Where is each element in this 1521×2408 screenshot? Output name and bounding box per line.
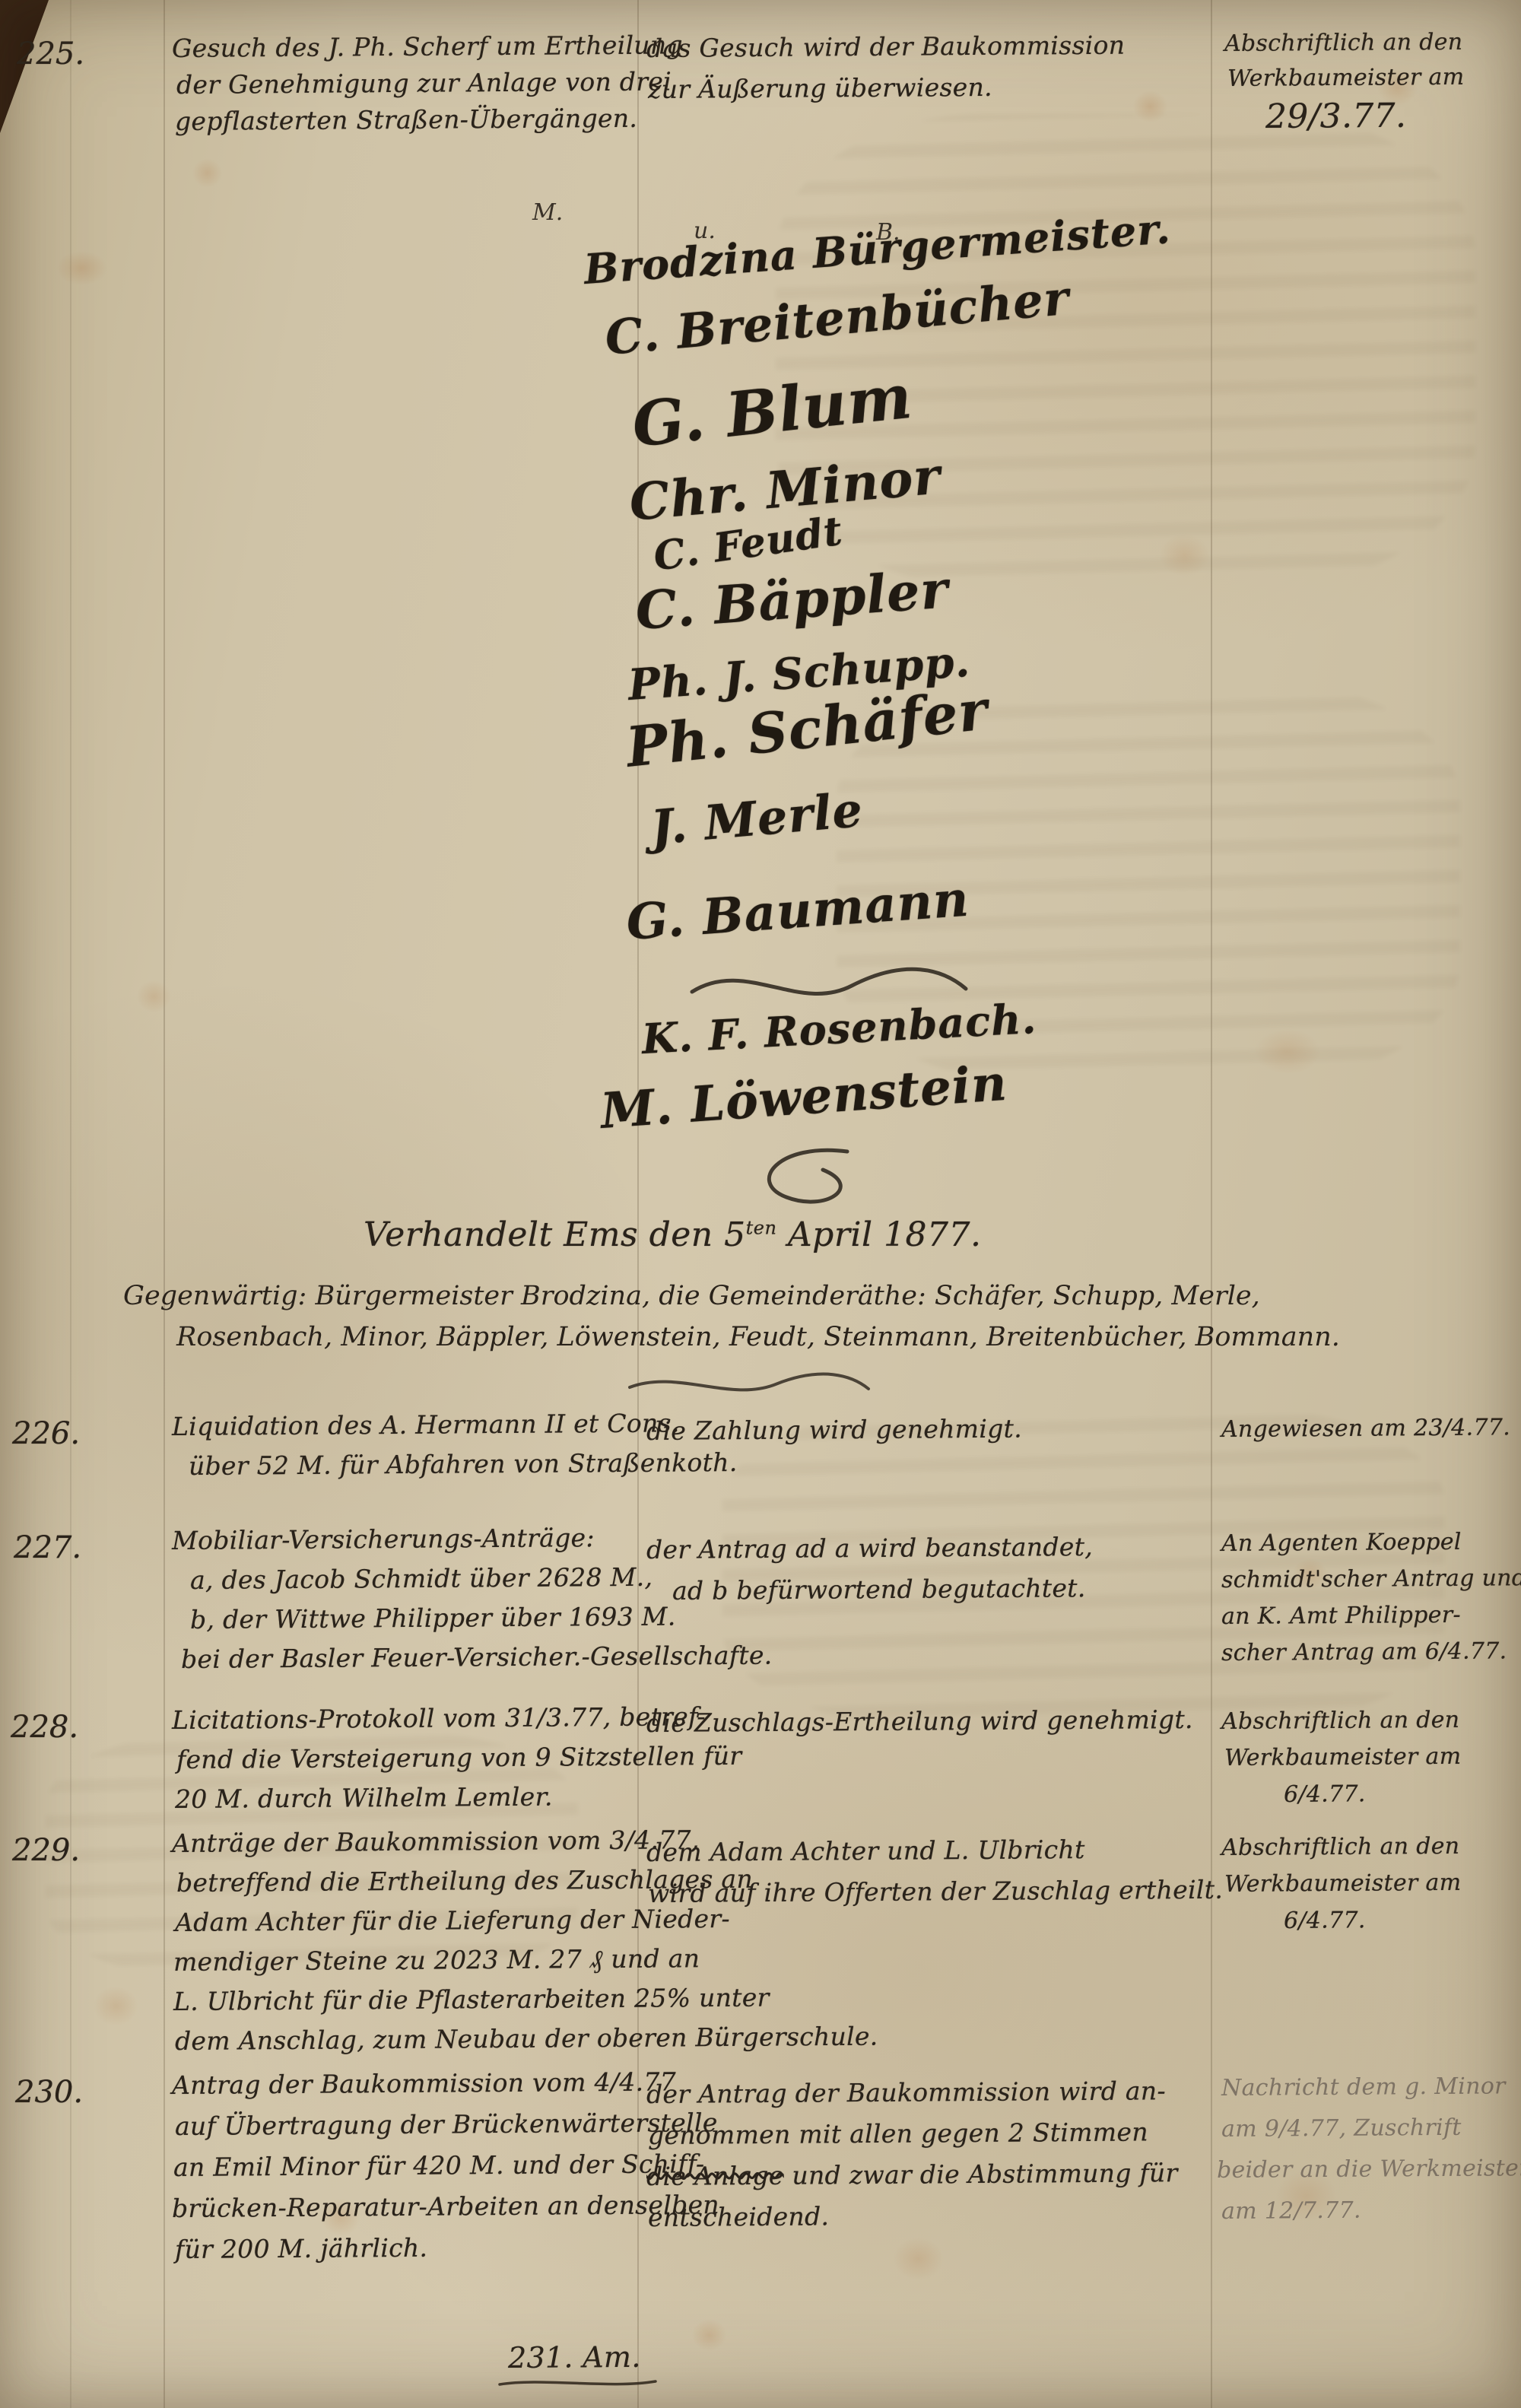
decision-line: entscheidend. bbox=[648, 2201, 830, 2232]
subject-line: Gesuch des J. Ph. Scherf um Ertheilung bbox=[172, 30, 683, 63]
entry-number: 229. bbox=[12, 1833, 80, 1868]
decision-line: zur Äußerung überwiesen. bbox=[648, 72, 992, 104]
note-line: am 12/7.77. bbox=[1221, 2197, 1361, 2225]
subject-line: dem Anschlag, zum Neubau der oberen Bürg… bbox=[175, 2022, 878, 2056]
stain bbox=[129, 974, 179, 1019]
note-line: Abschriftlich an den bbox=[1221, 1707, 1460, 1735]
ink-bleedthrough bbox=[776, 114, 1475, 586]
number-column-rule bbox=[164, 0, 165, 2408]
stain bbox=[186, 152, 228, 194]
entry-number: 225. bbox=[17, 37, 84, 71]
subject-line: a, des Jacob Schmidt über 2628 M., bbox=[190, 1562, 653, 1595]
decision-line: der Antrag der Baukommission wird an- bbox=[646, 2076, 1166, 2109]
note-line: Werkbaumeister am bbox=[1224, 1870, 1462, 1898]
subject-line: mendiger Steine zu 2023 M. 27 ₰ und an bbox=[173, 1943, 700, 1978]
decision-line: ad b befürwortend begutachtet. bbox=[672, 1573, 1086, 1606]
subject-line: Liquidation des A. Hermann II et Cons. bbox=[172, 1408, 680, 1441]
stain bbox=[1148, 525, 1221, 586]
decision-line: wird auf ihre Offerten der Zuschlag erth… bbox=[648, 1875, 1223, 1908]
signature: J. Merle bbox=[649, 782, 865, 856]
subject-line: der Genehmigung zur Anlage von drei bbox=[176, 66, 672, 100]
stain bbox=[882, 2229, 954, 2289]
catchword-underline bbox=[496, 2376, 659, 2391]
note-line: Angewiesen am 23/4.77. bbox=[1221, 1414, 1510, 1443]
stain bbox=[1240, 1019, 1335, 1084]
subject-line: gepflasterten Straßen-Übergängen. bbox=[175, 103, 637, 136]
entry-number: 228. bbox=[11, 1710, 78, 1745]
stain bbox=[1126, 84, 1175, 129]
attendance-flourish bbox=[624, 1364, 875, 1407]
attendance-line: Rosenbach, Minor, Bäppler, Löwenstein, F… bbox=[176, 1322, 1340, 1352]
subject-line: b, der Wittwe Philipper über 1693 M. bbox=[190, 1602, 676, 1634]
subject-line: Antrag der Baukommission vom 4/4.77 bbox=[172, 2066, 676, 2100]
decision-line: die Zahlung wird genehmigt. bbox=[646, 1414, 1022, 1446]
subject-line: für 200 M. jährlich. bbox=[175, 2233, 428, 2264]
subject-line: 20 M. durch Wilhelm Lemler. bbox=[175, 1782, 553, 1814]
decision-line: genommen mit allen gegen 2 Stimmen bbox=[648, 2117, 1148, 2150]
entry-number: 230. bbox=[15, 2075, 83, 2110]
decision-line: der Antrag ad a wird beanstandet, bbox=[646, 1532, 1093, 1565]
decision-line: die Anlage und zwar die Abstimmung für bbox=[646, 2158, 1178, 2191]
subject-line: fend die Versteigerung von 9 Sitzstellen… bbox=[176, 1741, 742, 1774]
note-line: am 9/4.77, Zuschrift bbox=[1221, 2114, 1462, 2143]
subject-line: L. Ulbricht für die Pflasterarbeiten 25%… bbox=[173, 1983, 770, 2016]
note-line: Abschriftlich an den bbox=[1221, 1833, 1460, 1861]
signature: Brodzina Bürgermeister. bbox=[583, 204, 1173, 294]
note-line: Werkbaumeister am bbox=[1224, 1743, 1462, 1771]
signature-flourish bbox=[733, 1142, 885, 1218]
note-date: 6/4.77. bbox=[1284, 1781, 1366, 1808]
note-date: 6/4.77. bbox=[1284, 1907, 1366, 1934]
stain bbox=[684, 2312, 734, 2358]
session-heading: Verhandelt Ems den 5ten April 1877. bbox=[364, 1215, 981, 1254]
attendance-line: Gegenwärtig: Bürgermeister Brodzina, die… bbox=[123, 1281, 1260, 1311]
decision-line: das Gesuch wird der Baukommission bbox=[646, 30, 1126, 63]
signature: M. Löwenstein bbox=[599, 1055, 1009, 1140]
note-line: scher Antrag am 6/4.77. bbox=[1221, 1638, 1507, 1666]
subject-line: Mobiliar-Versicherungs-Anträge: bbox=[172, 1523, 595, 1555]
note-line: Werkbaumeister am bbox=[1227, 64, 1465, 92]
page-edge-rule bbox=[70, 0, 71, 2408]
subject-line: auf Übertragung der Brückenwärterstelle bbox=[175, 2108, 718, 2141]
ledger-page: 225. Gesuch des J. Ph. Scherf um Ertheil… bbox=[0, 0, 1521, 2408]
subject-line: bei der Basler Feuer-Versicher.-Gesellsc… bbox=[181, 1641, 773, 1674]
subject-line: brücken-Reparatur-Arbeiten an denselben bbox=[172, 2190, 719, 2223]
note-line: Abschriftlich an den bbox=[1224, 29, 1463, 57]
stain bbox=[84, 1978, 148, 2035]
subject-line: Anträge der Baukommission vom 3/4.77, bbox=[172, 1825, 700, 1858]
note-column-rule bbox=[1211, 0, 1212, 2408]
entry-number: 226. bbox=[12, 1416, 80, 1451]
note-line: beider an die Werkmeister bbox=[1217, 2155, 1521, 2184]
entry-number: 227. bbox=[14, 1530, 81, 1565]
attestation-mark: M. bbox=[532, 199, 563, 226]
signature: G. Baumann bbox=[624, 871, 970, 951]
subject-line: Adam Achter für die Lieferung der Nieder… bbox=[175, 1904, 730, 1937]
subject-line: Licitations-Protokoll vom 31/3.77, betre… bbox=[172, 1701, 706, 1735]
note-line: schmidt'scher Antrag und bbox=[1221, 1565, 1521, 1593]
note-line: An Agenten Koeppel bbox=[1221, 1529, 1462, 1557]
note-line: Nachricht dem g. Minor bbox=[1221, 2073, 1506, 2101]
signature: K. F. Rosenbach. bbox=[640, 994, 1037, 1063]
decision-line: dem Adam Achter und L. Ulbricht bbox=[646, 1835, 1085, 1867]
note-line: an K. Amt Philipper- bbox=[1221, 1602, 1461, 1630]
catchword: 231. Am. bbox=[508, 2340, 641, 2375]
signature: G. Blum bbox=[629, 361, 916, 461]
decision-line: die Zuschlags-Ertheilung wird genehmigt. bbox=[646, 1704, 1193, 1738]
stain bbox=[46, 243, 118, 293]
struck-text: die Anlage bbox=[646, 2161, 784, 2191]
subject-line: über 52 M. für Abfahren von Straßenkoth. bbox=[189, 1447, 738, 1481]
note-date: 29/3.77. bbox=[1265, 97, 1407, 136]
subject-line: an Emil Minor für 420 M. und der Schiff- bbox=[173, 2149, 705, 2182]
